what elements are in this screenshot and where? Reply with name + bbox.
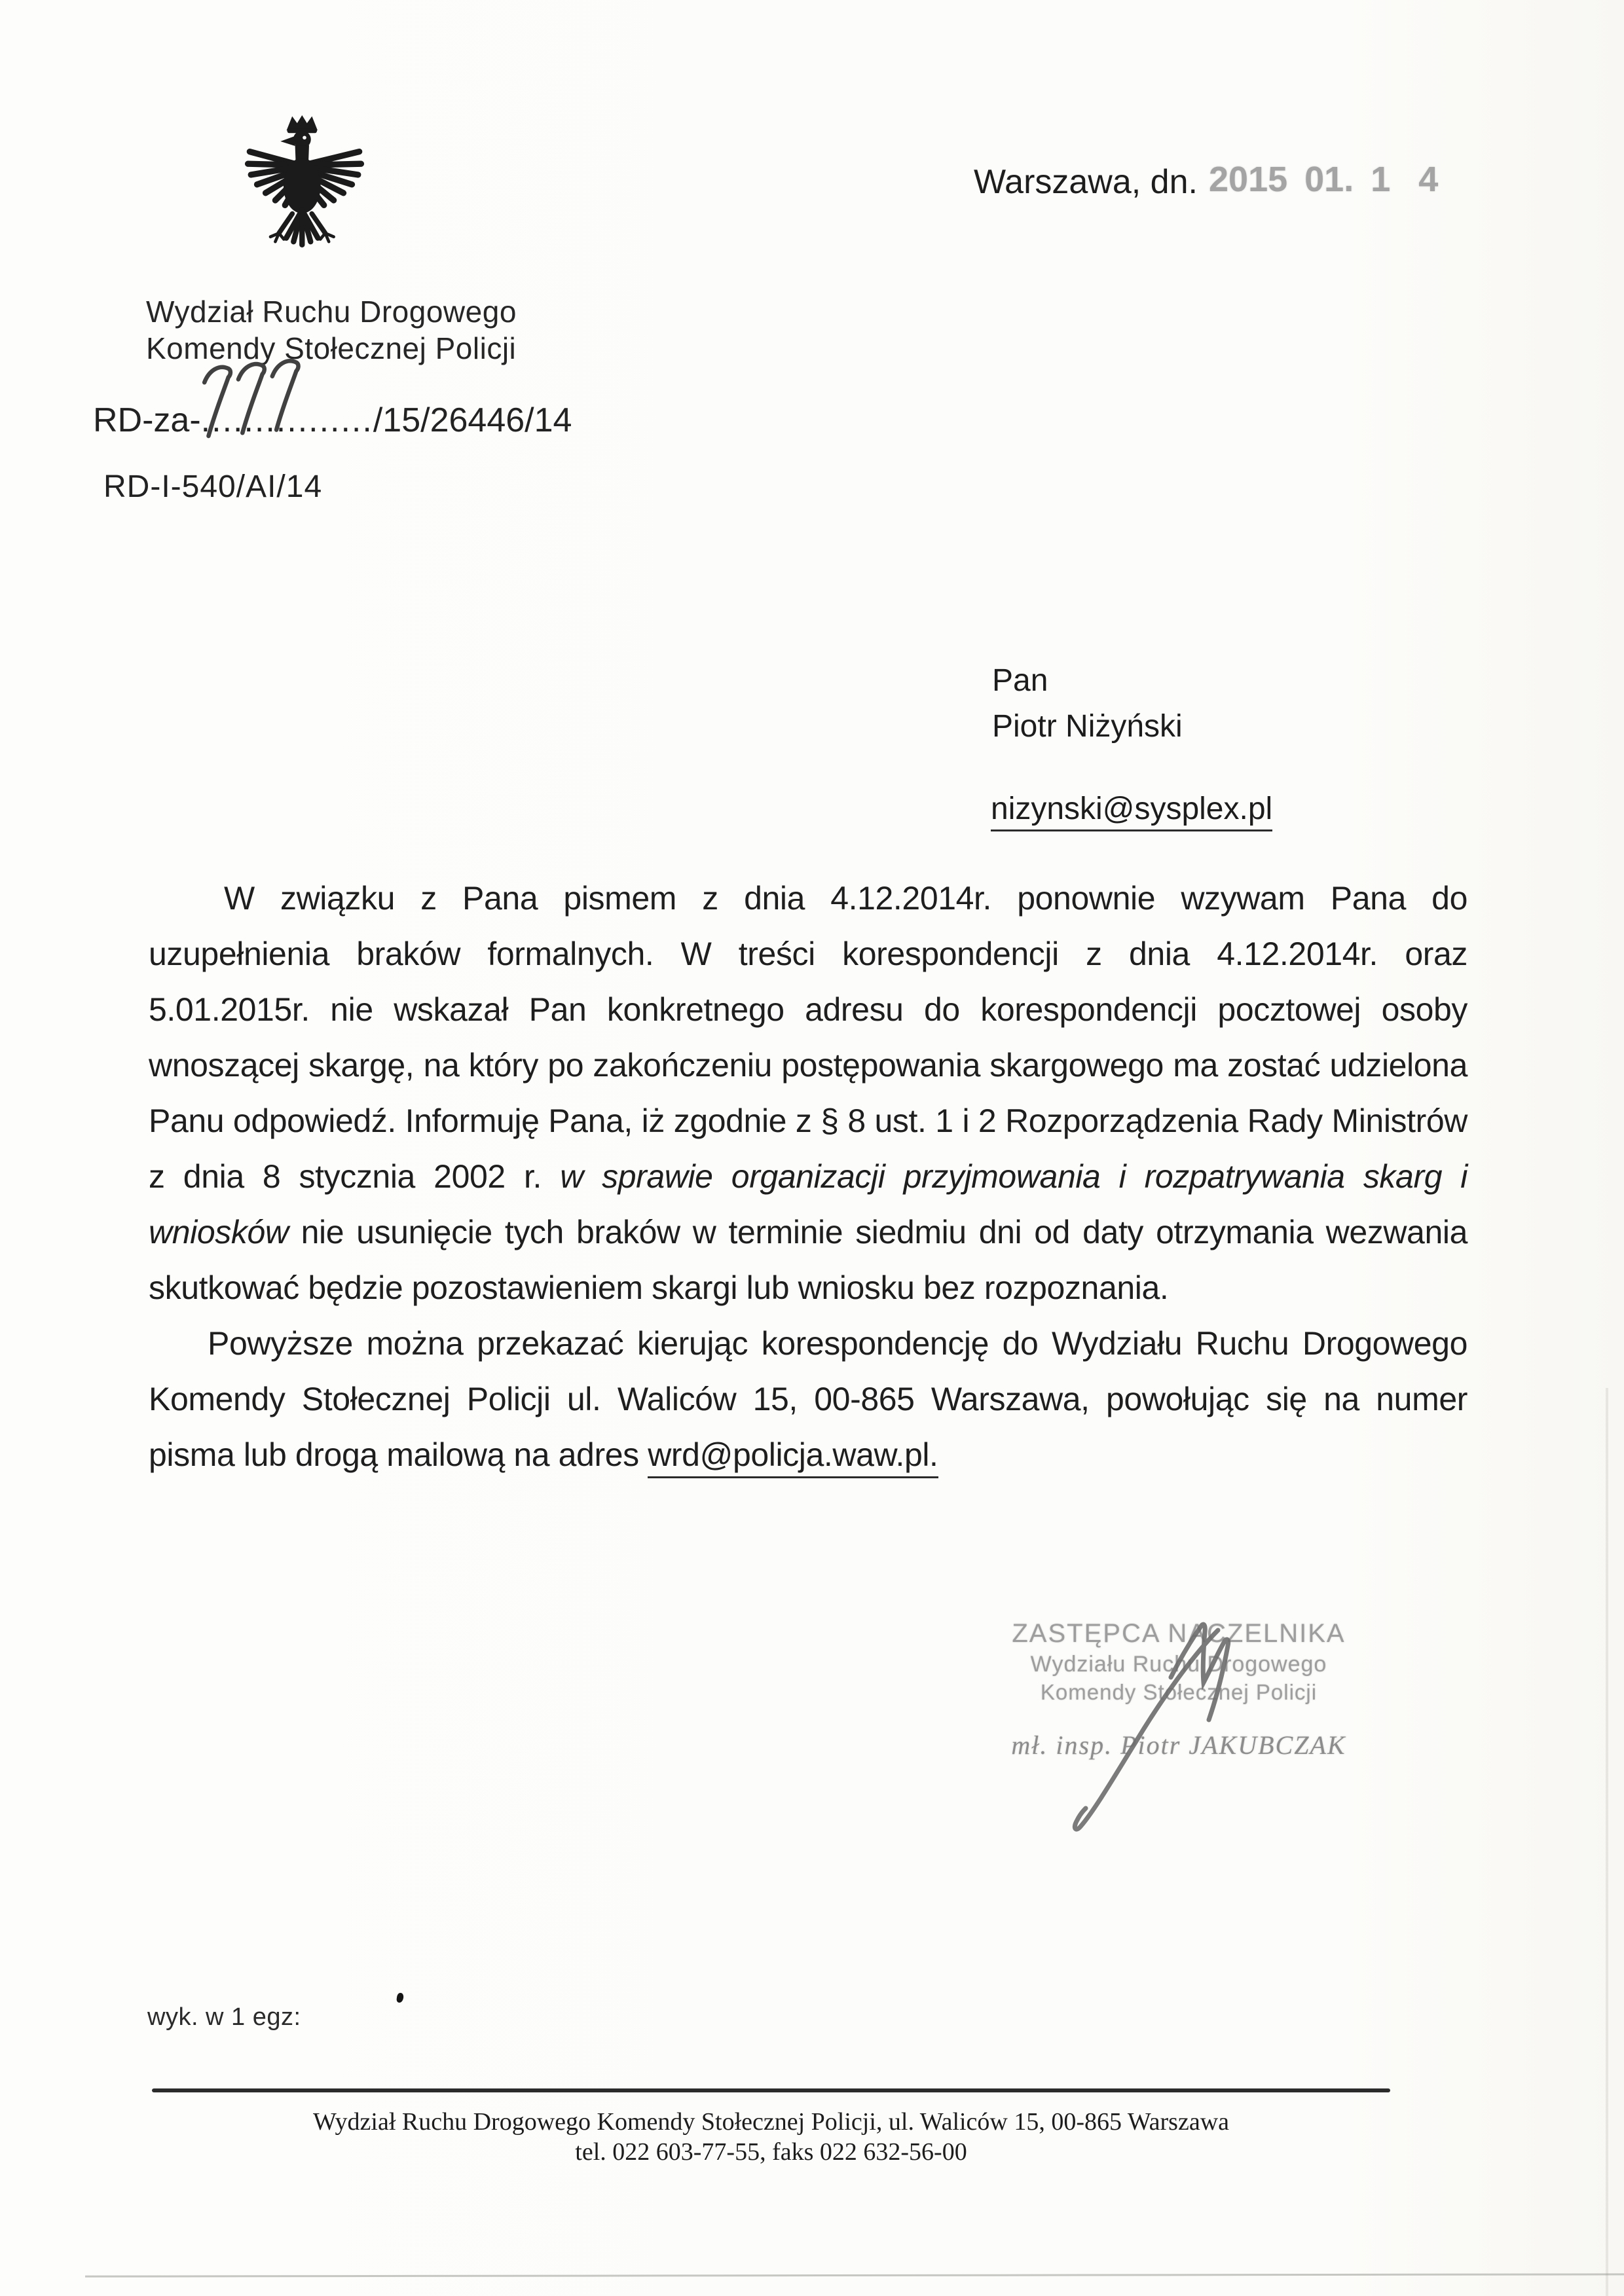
scan-artifact-line-bottom <box>85 2273 1624 2277</box>
reference-suffix: /15/26446/14 <box>373 401 572 439</box>
stamped-day: 1 4 <box>1371 159 1447 200</box>
stamped-month: 01. <box>1304 159 1354 200</box>
stamped-year: 2015 <box>1209 159 1287 200</box>
reference-number-2: RD-I-540/AI/14 <box>103 469 322 505</box>
scanned-letter-page: Wydział Ruchu Drogowego Komendy Stołeczn… <box>0 0 1624 2296</box>
ink-dot-mark <box>396 1992 404 2003</box>
polish-eagle-icon <box>243 114 366 260</box>
paragraph-1-text: W związku z Pana pismem z dnia 4.12.2014… <box>149 880 1467 1195</box>
recipient-salutation: Pan <box>992 658 1183 704</box>
handwritten-number-icon <box>194 350 320 458</box>
contact-email: wrd@policja.waw.pl. <box>648 1436 938 1478</box>
recipient-email: nizynski@sysplex.pl <box>991 791 1272 827</box>
stamped-date: 2015 01. 1 4 <box>1209 159 1447 200</box>
footer-phone: tel. 022 603-77-55, faks 022 632-56-00 <box>152 2137 1390 2167</box>
paragraph-1-text-continued: nie usunięcie tych braków w terminie sie… <box>149 1214 1467 1306</box>
signature-scribble-icon <box>1046 1612 1243 1841</box>
scan-artifact-line-right <box>1606 1388 1608 2296</box>
reference-prefix: RD-za- <box>93 401 201 439</box>
footer-divider-rule <box>152 2088 1390 2092</box>
reference-number-1: RD-za-................/15/26446/14 <box>93 401 572 440</box>
execution-note: wyk. w 1 egz: <box>147 2003 301 2032</box>
letter-body: W związku z Pana pismem z dnia 4.12.2014… <box>149 871 1467 1483</box>
footer-block: Wydział Ruchu Drogowego Komendy Stołeczn… <box>152 2107 1390 2167</box>
date-prefix: Warszawa, dn. <box>974 162 1198 202</box>
footer-address: Wydział Ruchu Drogowego Komendy Stołeczn… <box>152 2107 1390 2137</box>
letterhead-department: Wydział Ruchu Drogowego Komendy Stołeczn… <box>146 293 517 367</box>
recipient-block: Pan Piotr Niżyński <box>992 658 1183 750</box>
body-paragraph-2: Powyższe można przekazać kierując koresp… <box>149 1316 1467 1483</box>
department-line-1: Wydział Ruchu Drogowego <box>146 293 517 330</box>
recipient-name: Piotr Niżyński <box>992 704 1183 750</box>
body-paragraph-1: W związku z Pana pismem z dnia 4.12.2014… <box>149 871 1467 1316</box>
